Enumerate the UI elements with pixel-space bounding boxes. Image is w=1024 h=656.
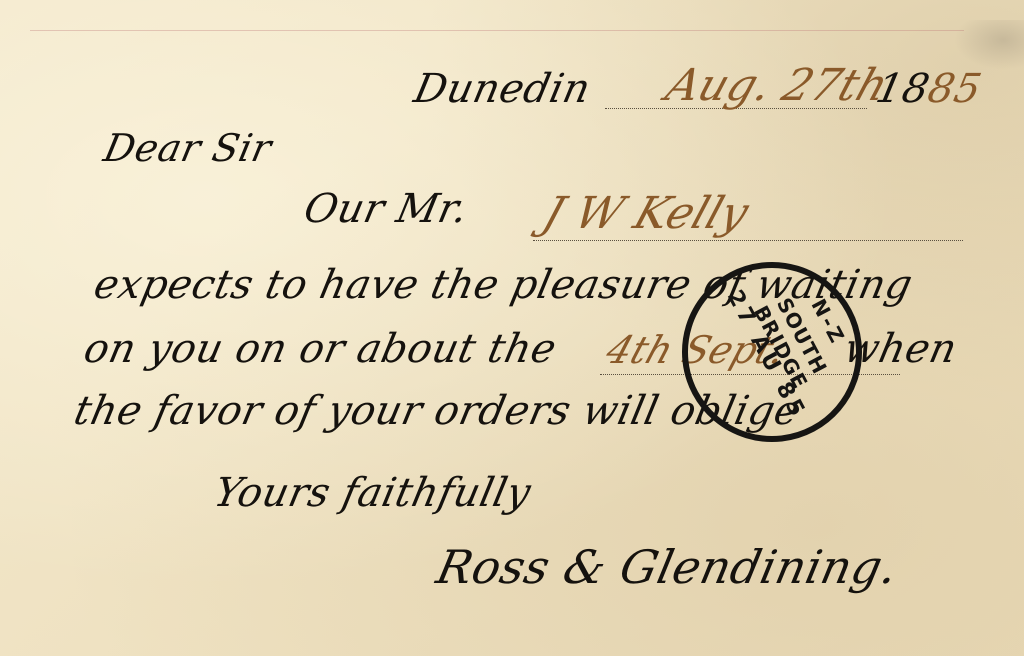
signature: Ross & Glendining. (432, 540, 903, 594)
postcard: Dunedin Aug. 27th 1885 Dear Sir Our Mr. … (0, 0, 1024, 656)
printed-place: Dunedin (410, 66, 595, 112)
handwritten-date: Aug. 27th (660, 60, 895, 111)
corner-wear (954, 20, 1024, 70)
year: 1885 (872, 66, 986, 112)
closing: Yours faithfully (210, 470, 535, 516)
salutation: Dear Sir (100, 126, 276, 170)
representative-prefix: Our Mr. (300, 186, 472, 232)
top-rule (30, 30, 964, 31)
body-line-2: on you on or about the (80, 326, 561, 372)
handwritten-representative-name: J W Kelly (537, 188, 755, 239)
name-dotted-line (533, 240, 963, 241)
handwritten-year-suffix: 85 (924, 66, 986, 112)
